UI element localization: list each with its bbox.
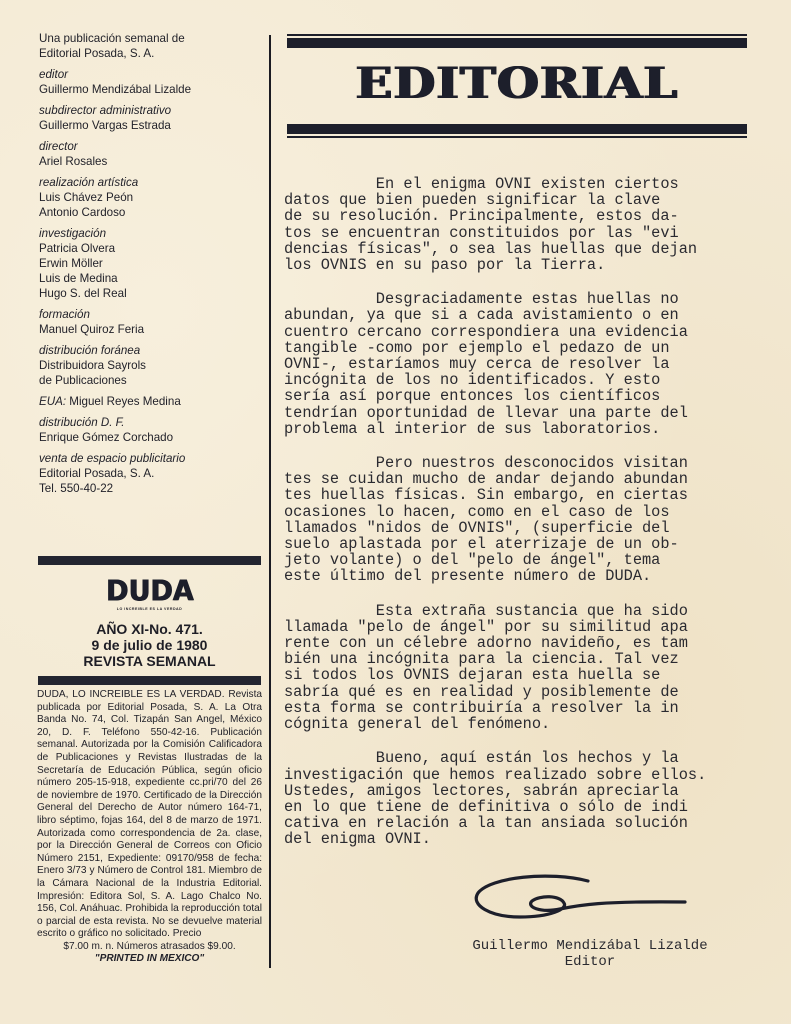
paragraph: Pero nuestros desconocidos visitan tes s…	[284, 455, 744, 585]
credit-entry: distribución D. F.Enrique Gómez Corchado	[39, 415, 261, 445]
credit-name: Erwin Möller	[39, 256, 261, 271]
editorial-body: En el enigma OVNI existen ciertos datos …	[284, 176, 744, 866]
duda-tagline: LO INCREIBLE ES LA VERDAD	[38, 607, 261, 612]
credit-role: subdirector administrativo	[39, 103, 261, 118]
rule-bottom-thin	[287, 136, 747, 138]
paragraph: En el enigma OVNI existen ciertos datos …	[284, 176, 744, 273]
credit-role: investigación	[39, 226, 261, 241]
editor-signoff: Guillermo Mendizábal Lizalde Editor	[440, 938, 740, 970]
credit-entry: directorAriel Rosales	[39, 139, 261, 169]
credit-name: de Publicaciones	[39, 373, 261, 388]
credit-entry: EUA: Miguel Reyes Medina	[39, 394, 261, 409]
credit-role: distribución foránea	[39, 343, 261, 358]
credits-list: editorGuillermo Mendizábal Lizaldesubdir…	[39, 67, 261, 496]
intro-line: Editorial Posada, S. A.	[39, 46, 261, 61]
credit-role: EUA:	[39, 395, 66, 408]
credit-name: Guillermo Mendizábal Lizalde	[39, 82, 261, 97]
editor-name: Guillermo Mendizábal Lizalde	[440, 938, 740, 954]
credit-role: formación	[39, 307, 261, 322]
credit-entry: subdirector administrativoGuillermo Varg…	[39, 103, 261, 133]
intro-line: Una publicación semanal de	[39, 31, 261, 46]
credit-name: Luis Chávez Peón	[39, 190, 261, 205]
credit-entry: investigaciónPatricia OlveraErwin Möller…	[39, 226, 261, 301]
price-line: $7.00 m. n. Números atrasados $9.00.	[37, 941, 262, 954]
credit-name: Luis de Medina	[39, 271, 261, 286]
credit-role: editor	[39, 67, 261, 82]
credit-name: Antonio Cardoso	[39, 205, 261, 220]
signature-icon	[470, 873, 690, 928]
issue-number: AÑO XI-No. 471.	[38, 621, 261, 637]
legal-text: DUDA, LO INCREIBLE ES LA VERDAD. Revista…	[37, 689, 262, 941]
rule-top-thick	[287, 38, 747, 48]
credit-name: Enrique Gómez Corchado	[39, 430, 261, 445]
credit-name: Miguel Reyes Medina	[69, 395, 180, 408]
divider-bar	[38, 676, 261, 685]
credit-role: distribución D. F.	[39, 415, 261, 430]
credit-entry: venta de espacio publicitarioEditorial P…	[39, 451, 261, 496]
masthead: Una publicación semanal de Editorial Pos…	[39, 31, 261, 502]
issue-frequency: REVISTA SEMANAL	[38, 653, 261, 669]
credit-name: Patricia Olvera	[39, 241, 261, 256]
publisher-intro: Una publicación semanal de Editorial Pos…	[39, 31, 261, 61]
credit-name: Manuel Quiroz Feria	[39, 322, 261, 337]
magazine-info: DUDA LO INCREIBLE ES LA VERDAD AÑO XI-No…	[38, 578, 261, 669]
paragraph: Bueno, aquí están los hechos y la invest…	[284, 750, 744, 847]
rule-top-thin	[287, 34, 747, 36]
credit-name: Tel. 550-40-22	[39, 481, 261, 496]
credit-name: Distribuidora Sayrols	[39, 358, 261, 373]
divider-bar	[38, 556, 261, 565]
paragraph: Esta extraña sustancia que ha sido llama…	[284, 603, 744, 733]
legal-notice: DUDA, LO INCREIBLE ES LA VERDAD. Revista…	[37, 689, 262, 966]
credit-name: Hugo S. del Real	[39, 286, 261, 301]
duda-logo: DUDA	[38, 577, 261, 606]
credit-entry: realización artísticaLuis Chávez PeónAnt…	[39, 175, 261, 220]
credit-name: Editorial Posada, S. A.	[39, 466, 261, 481]
credit-name: Guillermo Vargas Estrada	[39, 118, 261, 133]
printed-in-mexico: "PRINTED IN MEXICO"	[37, 953, 262, 966]
credit-role: director	[39, 139, 261, 154]
credit-entry: editorGuillermo Mendizábal Lizalde	[39, 67, 261, 97]
credit-entry: distribución foráneaDistribuidora Sayrol…	[39, 343, 261, 388]
editorial-title: EDITORIAL	[259, 58, 774, 110]
editor-title: Editor	[440, 954, 740, 970]
issue-date: 9 de julio de 1980	[38, 637, 261, 653]
rule-bottom-thick	[287, 124, 747, 134]
credit-role: realización artística	[39, 175, 261, 190]
credit-role: venta de espacio publicitario	[39, 451, 261, 466]
credit-entry: formaciónManuel Quiroz Feria	[39, 307, 261, 337]
credit-name: Ariel Rosales	[39, 154, 261, 169]
column-divider	[269, 35, 271, 968]
paragraph: Desgraciadamente estas huellas no abunda…	[284, 291, 744, 437]
